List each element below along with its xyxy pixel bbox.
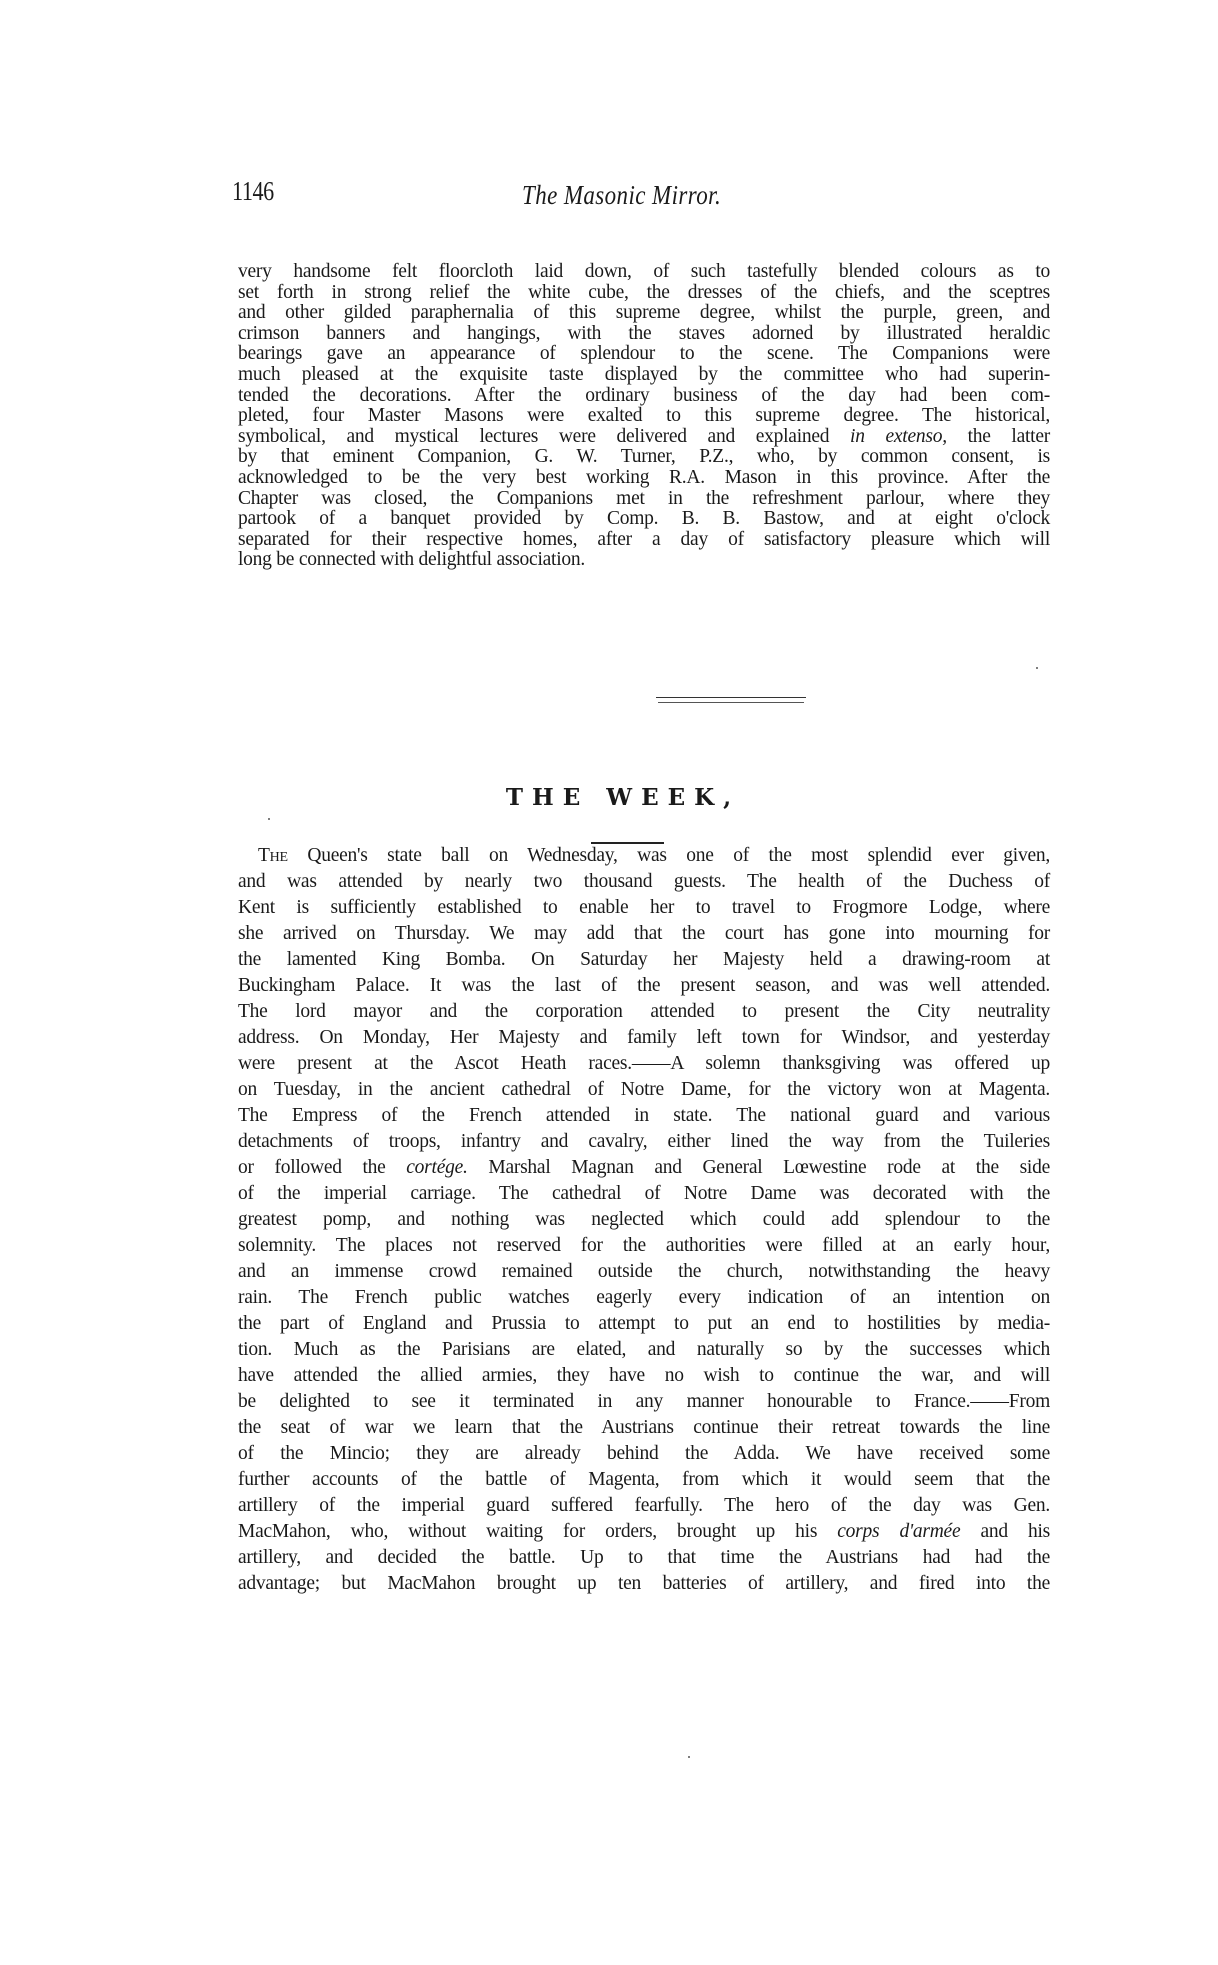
continued-article: very handsome felt floorcloth laid down,… — [238, 262, 1050, 571]
text-line: and an immense crowd remained outside th… — [238, 1259, 1050, 1285]
text-line: pleted, four Master Masons were exalted … — [238, 406, 1050, 427]
text-line: MacMahon, who, without waiting for order… — [238, 1519, 1050, 1545]
text-run: and his — [980, 1521, 1050, 1542]
italic-phrase: in extenso, — [850, 426, 947, 447]
text-line: set forth in strong relief the white cub… — [238, 283, 1050, 304]
text-line: of the imperial carriage. The cathedral … — [238, 1181, 1050, 1207]
text-line: bearings gave an appearance of splendour… — [238, 344, 1050, 365]
text-line: the lamented King Bomba. On Saturday her… — [238, 947, 1050, 973]
text-run: MacMahon, who, without waiting for order… — [238, 1521, 817, 1542]
divider-rule — [656, 697, 806, 698]
text-line: and was attended by nearly two thousand … — [238, 869, 1050, 895]
journal-title: The Masonic Mirror. — [522, 180, 721, 211]
text-line: and other gilded paraphernalia of this s… — [238, 303, 1050, 324]
scan-speck — [1036, 667, 1038, 669]
text-run: or followed the — [238, 1157, 386, 1178]
text-line: The Queen's state ball on Wednesday, was… — [238, 843, 1050, 869]
text-line: greatest pomp, and nothing was neglected… — [238, 1207, 1050, 1233]
text-line: very handsome felt floorcloth laid down,… — [238, 262, 1050, 283]
text-run: Marshal Magnan and General Lœwestine rod… — [488, 1157, 1050, 1178]
text-line: the part of England and Prussia to attem… — [238, 1311, 1050, 1337]
italic-phrase: corps d'armée — [837, 1521, 960, 1542]
text-line: were present at the Ascot Heath races.——… — [238, 1051, 1050, 1077]
running-header: 1146 The Masonic Mirror. — [232, 176, 1052, 216]
text-line: tion. Much as the Parisians are elated, … — [238, 1337, 1050, 1363]
text-line: detachments of troops, infantry and cava… — [238, 1129, 1050, 1155]
text-run: symbolical, and mystical lectures were d… — [238, 426, 829, 447]
text-line: Kent is sufficiently established to enab… — [238, 895, 1050, 921]
opening-word: The — [258, 845, 288, 866]
text-run: the latter — [968, 426, 1050, 447]
document-page: 1146 The Masonic Mirror. very handsome f… — [0, 0, 1218, 1965]
scan-speck — [268, 818, 270, 820]
section-divider — [656, 697, 806, 705]
section-title: THE WEEK, — [0, 784, 1218, 811]
text-line: on Tuesday, in the ancient cathedral of … — [238, 1077, 1050, 1103]
text-line: by that eminent Companion, G. W. Turner,… — [238, 447, 1050, 468]
week-article: The Queen's state ball on Wednesday, was… — [238, 843, 1050, 1597]
text-line: artillery, and decided the battle. Up to… — [238, 1545, 1050, 1571]
text-line: she arrived on Thursday. We may add that… — [238, 921, 1050, 947]
text-line: address. On Monday, Her Majesty and fami… — [238, 1025, 1050, 1051]
text-line: partook of a banquet provided by Comp. B… — [238, 509, 1050, 530]
text-line: of the Mincio; they are already behind t… — [238, 1441, 1050, 1467]
text-line: crimson banners and hangings, with the s… — [238, 324, 1050, 345]
text-line: the seat of war we learn that the Austri… — [238, 1415, 1050, 1441]
text-line: solemnity. The places not reserved for t… — [238, 1233, 1050, 1259]
text-line: much pleased at the exquisite taste disp… — [238, 365, 1050, 386]
text-line: have attended the allied armies, they ha… — [238, 1363, 1050, 1389]
divider-rule — [658, 702, 804, 703]
text-line: The Empress of the French attended in st… — [238, 1103, 1050, 1129]
text-line: Buckingham Palace. It was the last of th… — [238, 973, 1050, 999]
italic-phrase: cortége. — [406, 1157, 467, 1178]
text-line: tended the decorations. After the ordina… — [238, 386, 1050, 407]
text-run: Queen's state ball on Wednesday, was one… — [307, 845, 1050, 866]
text-line: be delighted to see it terminated in any… — [238, 1389, 1050, 1415]
text-line: separated for their respective homes, af… — [238, 530, 1050, 551]
text-line: rain. The French public watches eagerly … — [238, 1285, 1050, 1311]
text-line: long be connected with delightful associ… — [238, 550, 1050, 571]
text-line: or followed the cortége. Marshal Magnan … — [238, 1155, 1050, 1181]
text-line: The lord mayor and the corporation atten… — [238, 999, 1050, 1025]
scan-speck — [688, 1756, 690, 1758]
text-line: artillery of the imperial guard suffered… — [238, 1493, 1050, 1519]
page-number: 1146 — [232, 176, 274, 207]
text-line: further accounts of the battle of Magent… — [238, 1467, 1050, 1493]
text-line: Chapter was closed, the Companions met i… — [238, 489, 1050, 510]
text-line: symbolical, and mystical lectures were d… — [238, 427, 1050, 448]
text-line: advantage; but MacMahon brought up ten b… — [238, 1571, 1050, 1597]
text-line: acknowledged to be the very best working… — [238, 468, 1050, 489]
